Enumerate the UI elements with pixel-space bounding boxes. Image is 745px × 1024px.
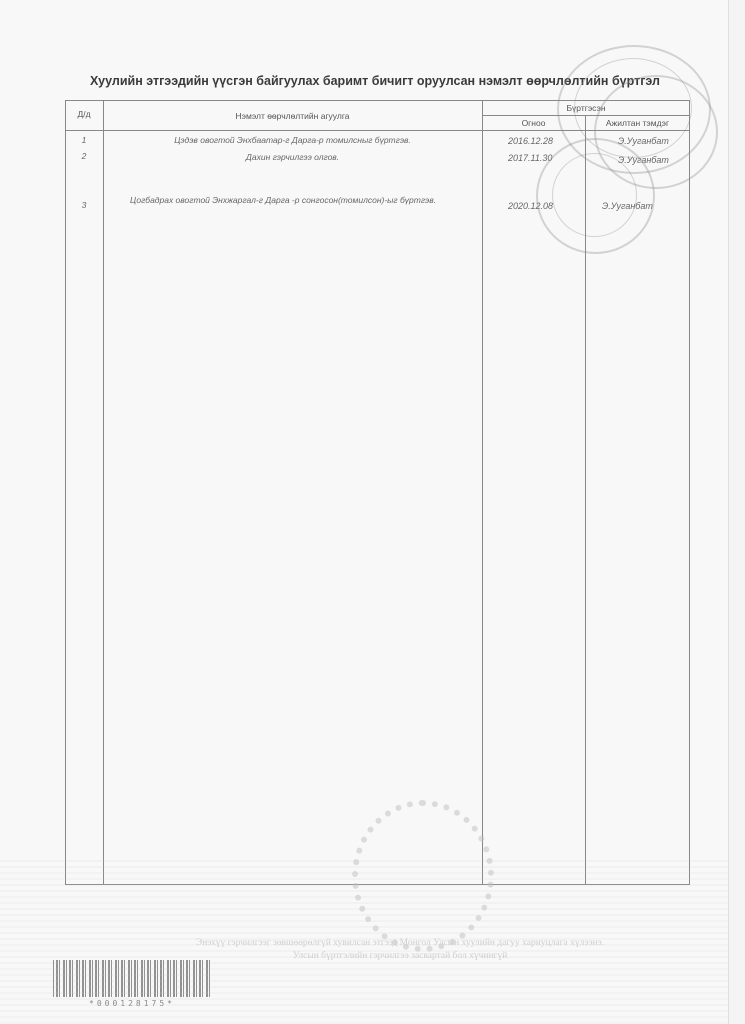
row-1-date: 2016.12.28 (508, 136, 553, 146)
footer-warning-line-1: Энэхүү гэрчилгээг зөвшөөрөлгүй хувилсан … (110, 938, 690, 948)
row-1-number: 1 (65, 135, 103, 145)
document-page: Хуулийн этгээдийн үүсгэн байгуулах барим… (0, 0, 729, 1024)
footer-warning-line-2: Улсын бүртгэлийн гэрчилгээ засвартай бол… (110, 951, 690, 961)
row-3-content: Цогбадрах овогтой Энхжаргал-г Дарга -р с… (130, 195, 450, 206)
row-2-date: 2017.11.30 (508, 153, 552, 163)
barcode-number: *0001281​75* (53, 999, 211, 1008)
row-3-number: 3 (65, 200, 103, 210)
embossed-seal (352, 800, 494, 952)
row-2-number: 2 (65, 151, 103, 161)
header-content: Нэмэлт өөрчлөлтийн агуулга (103, 111, 482, 121)
header-number: Д/д (65, 109, 103, 119)
row-2-content: Дахин гэрчилгээ олгов. (103, 152, 482, 162)
row-1-content: Цэдэв овогтой Энхбаатар-г Дарга-р томилс… (103, 135, 482, 145)
barcode (53, 960, 211, 997)
